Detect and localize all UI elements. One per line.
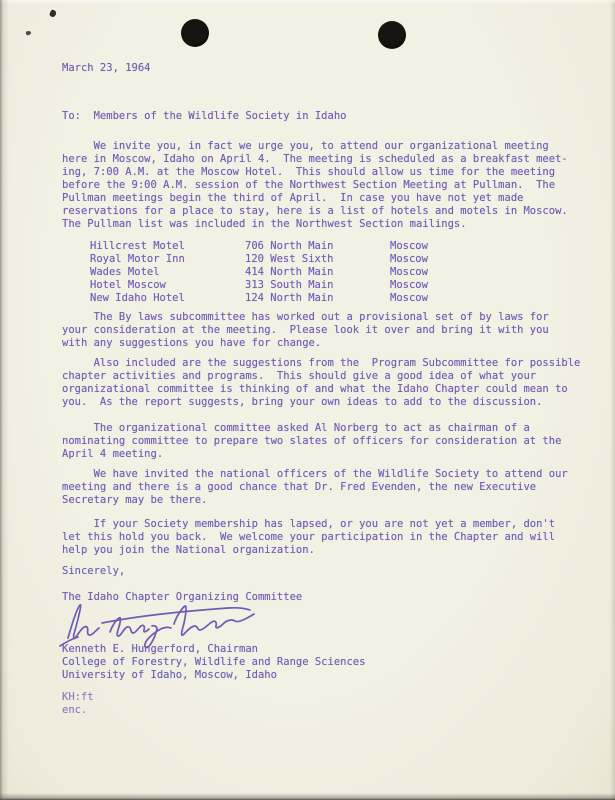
hotel-name: Hotel Moscow — [90, 279, 245, 292]
paragraph-program: Also included are the suggestions from t… — [62, 357, 580, 409]
hotel-row: New Idaho Hotel 124 North Main Moscow — [90, 292, 428, 305]
paragraph-nominating: The organizational committee asked Al No… — [62, 422, 561, 461]
hotel-city: Moscow — [390, 292, 428, 305]
paragraph-intro: We invite you, in fact we urge you, to a… — [62, 140, 568, 231]
recipient-line: To: Members of the Wildlife Society in I… — [62, 110, 346, 123]
hotel-city: Moscow — [390, 279, 428, 292]
hotel-city: Moscow — [390, 266, 428, 279]
hotel-list: Hillcrest Motel 706 North Main Moscow Ro… — [90, 240, 428, 305]
signer-university-line: University of Idaho, Moscow, Idaho — [62, 669, 277, 682]
hotel-city: Moscow — [390, 240, 428, 253]
typist-initials: KH:ft — [62, 691, 94, 704]
hole-punch-right — [378, 21, 406, 49]
hotel-name: Royal Motor Inn — [90, 253, 245, 266]
letter-date: March 23, 1964 — [62, 62, 151, 75]
paragraph-bylaws: The By laws subcommittee has worked out … — [62, 311, 549, 350]
hotel-address: 313 South Main — [245, 279, 390, 292]
ink-speck — [26, 30, 32, 35]
hotel-address: 414 North Main — [245, 266, 390, 279]
hotel-name: Hillcrest Motel — [90, 240, 245, 253]
hole-punch-left — [181, 19, 209, 47]
hotel-row: Hotel Moscow 313 South Main Moscow — [90, 279, 428, 292]
paragraph-national-officers: We have invited the national officers of… — [62, 468, 568, 507]
hotel-row: Hillcrest Motel 706 North Main Moscow — [90, 240, 428, 253]
enclosure-note: enc. — [62, 704, 87, 717]
scanned-letter-page: March 23, 1964 To: Members of the Wildli… — [0, 0, 615, 800]
closing-sincerely: Sincerely, — [62, 565, 125, 578]
hotel-address: 120 West Sixth — [245, 253, 390, 266]
hotel-row: Wades Motel 414 North Main Moscow — [90, 266, 428, 279]
signer-affiliation-line: College of Forestry, Wildlife and Range … — [62, 656, 365, 669]
hotel-name: Wades Motel — [90, 266, 245, 279]
hotel-city: Moscow — [390, 253, 428, 266]
hotel-row: Royal Motor Inn 120 West Sixth Moscow — [90, 253, 428, 266]
signer-name-line: Kenneth E. Hungerford, Chairman — [62, 643, 258, 656]
hotel-name: New Idaho Hotel — [90, 292, 245, 305]
paragraph-membership: If your Society membership has lapsed, o… — [62, 518, 555, 557]
hotel-address: 706 North Main — [245, 240, 390, 253]
ink-speck — [49, 9, 57, 18]
hotel-address: 124 North Main — [245, 292, 390, 305]
